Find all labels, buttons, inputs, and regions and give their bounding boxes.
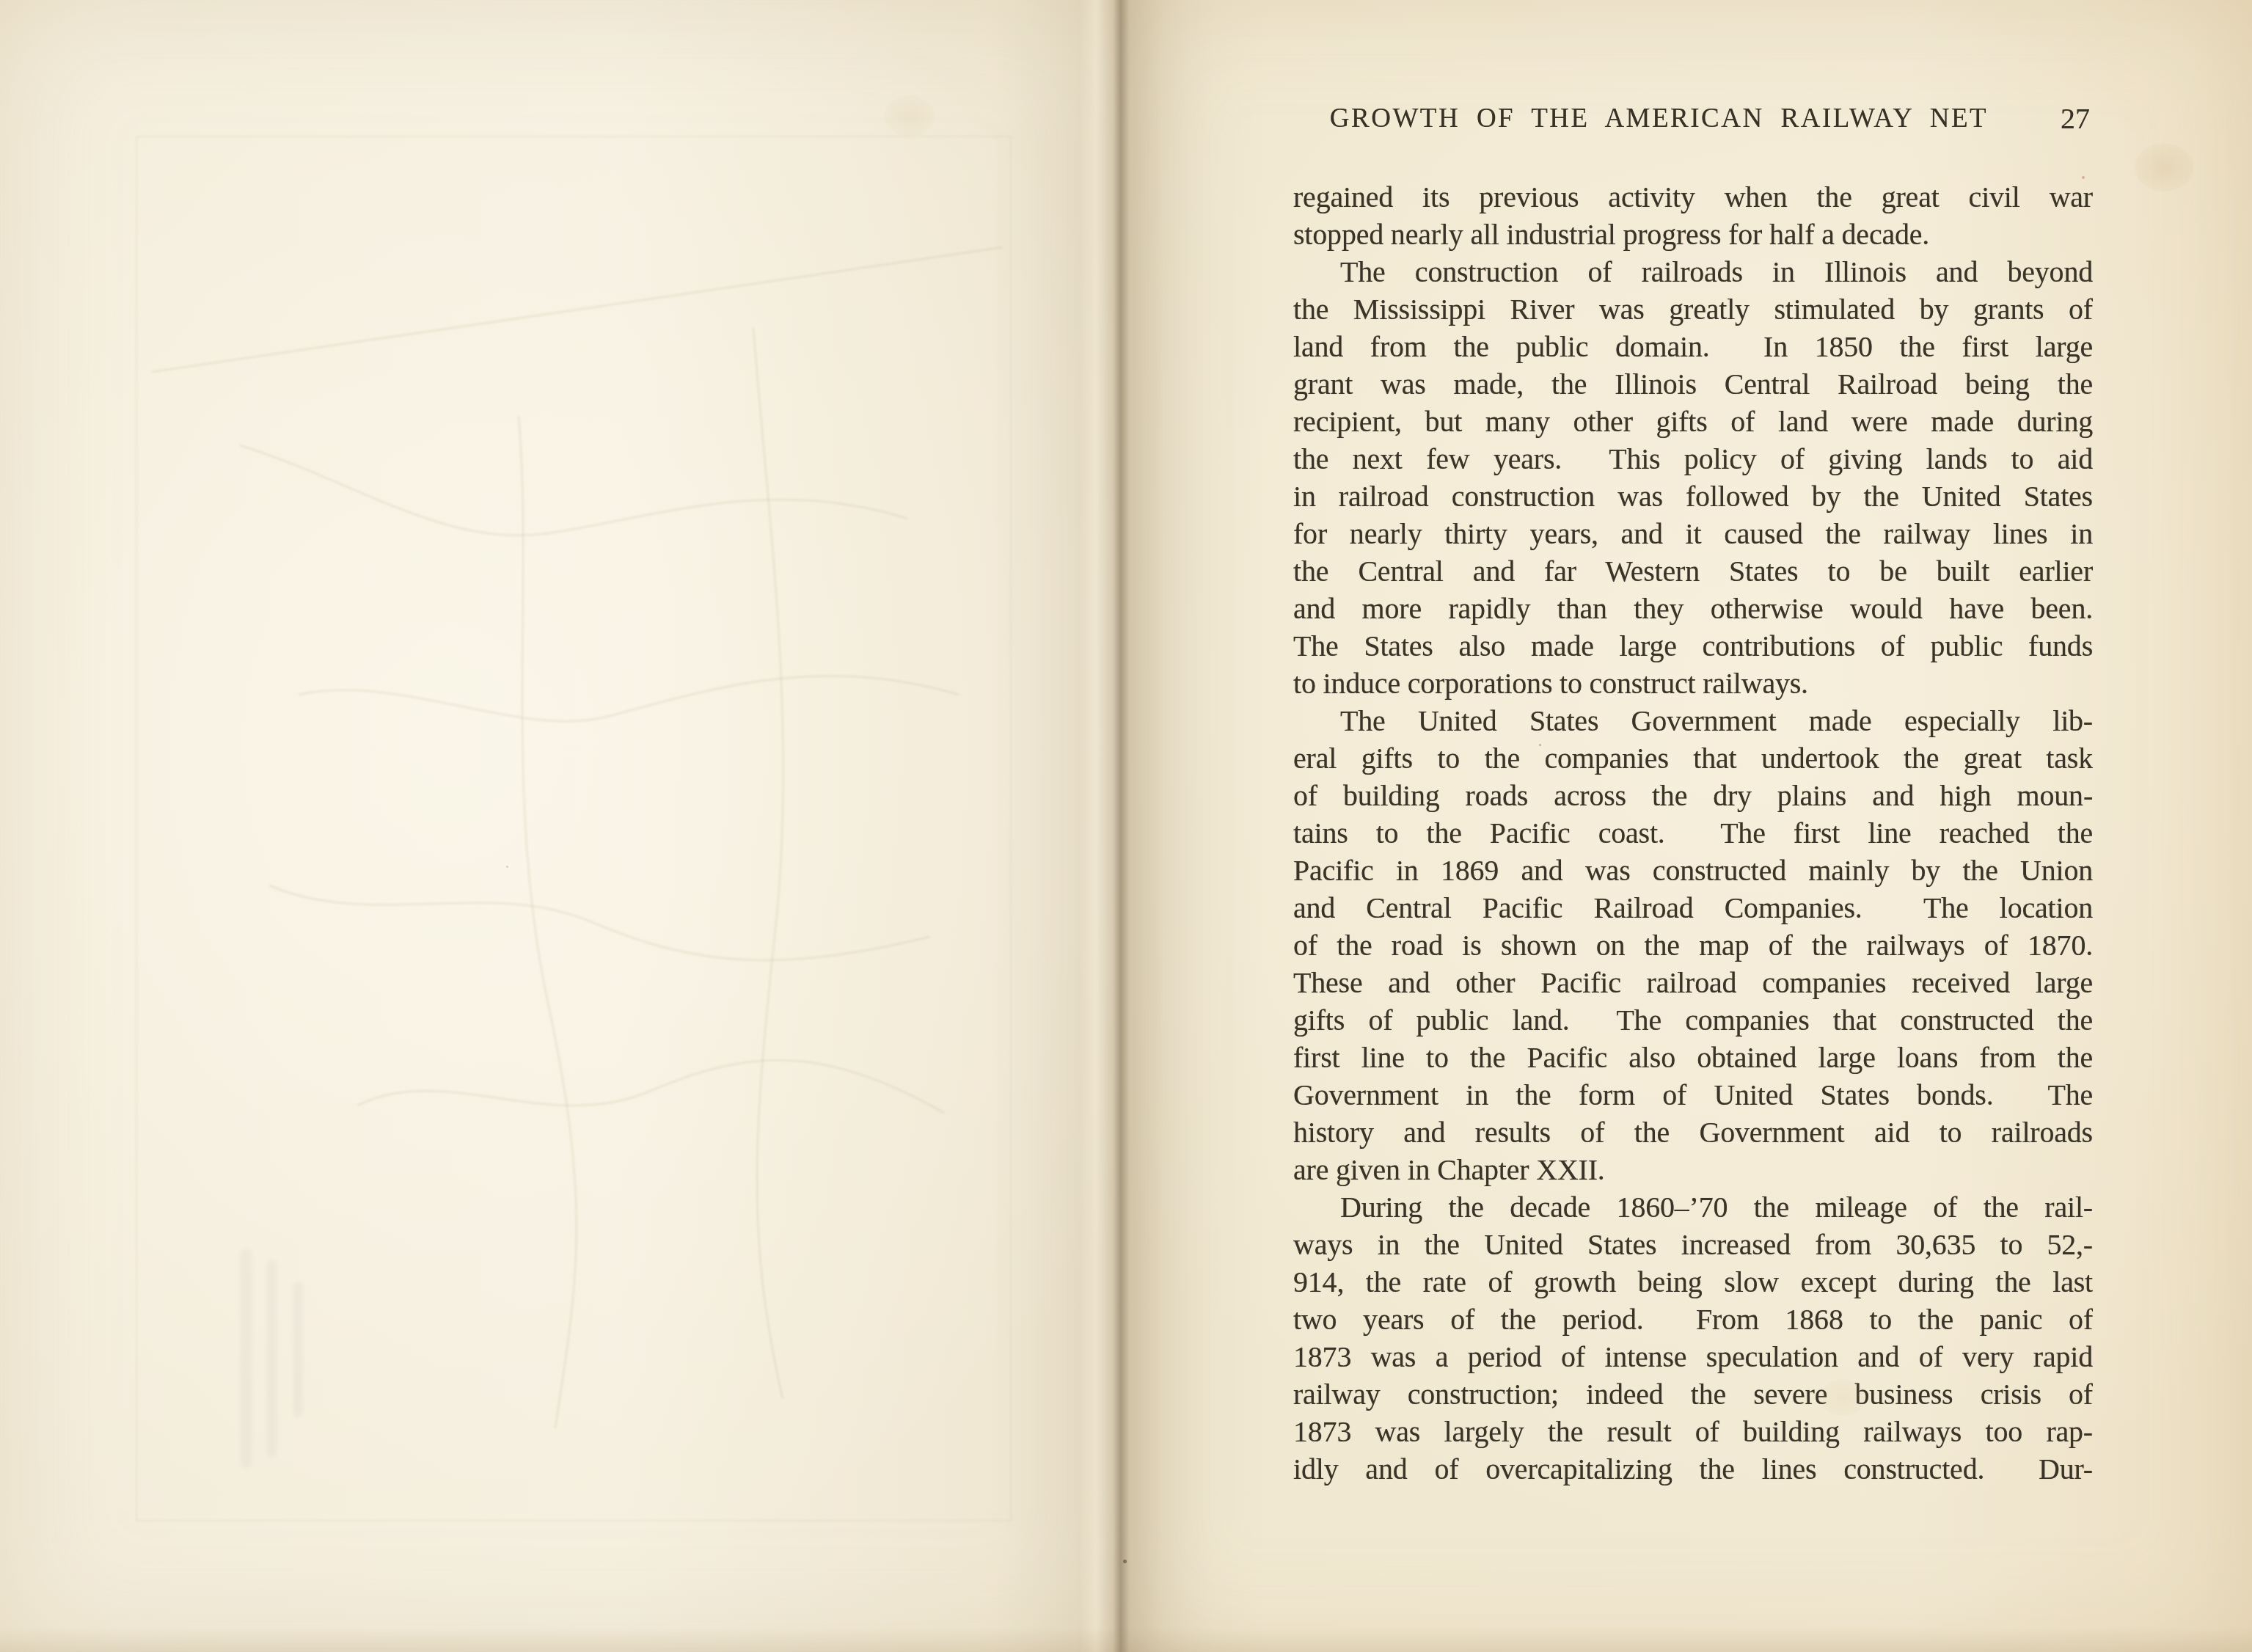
text-line: 914, the rate of growth being slow excep… xyxy=(1293,1263,2093,1301)
text-line: for nearly thirty years, and it caused t… xyxy=(1293,515,2093,552)
text-line: of building roads across the dry plains … xyxy=(1293,777,2093,814)
text-line: Government in the form of United States … xyxy=(1293,1076,2093,1114)
body-text: regained its previous activity when the … xyxy=(1293,178,2093,1488)
text-line: During the decade 1860–’70 the mileage o… xyxy=(1293,1188,2093,1226)
showthrough-map xyxy=(136,136,1012,1521)
text-line: the Mississippi River was greatly stimul… xyxy=(1293,290,2093,328)
showthrough-text-smudge xyxy=(240,1249,252,1469)
text-line: to induce corporations to construct rail… xyxy=(1293,665,2093,702)
showthrough-text-smudge xyxy=(293,1282,303,1417)
text-line: stopped nearly all industrial progress f… xyxy=(1293,216,2093,253)
text-line: in railroad construction was followed by… xyxy=(1293,478,2093,515)
text-line: The States also made large contributions… xyxy=(1293,627,2093,665)
text-line: land from the public domain. In 1850 the… xyxy=(1293,328,2093,365)
text-line: and more rapidly than they otherwise wou… xyxy=(1293,590,2093,627)
text-line: 1873 was largely the result of building … xyxy=(1293,1413,2093,1450)
page-number: 27 xyxy=(2061,101,2090,136)
text-line: Pacific in 1869 and was constructed main… xyxy=(1293,852,2093,889)
running-head: GROWTH OF THE AMERICAN RAILWAY NET 27 xyxy=(1295,103,2093,139)
text-line: history and results of the Government ai… xyxy=(1293,1114,2093,1151)
running-title: GROWTH OF THE AMERICAN RAILWAY NET xyxy=(1295,103,2023,134)
text-line: the Central and far Western States to be… xyxy=(1293,552,2093,590)
text-line: recipient, but many other gifts of land … xyxy=(1293,403,2093,440)
paragraph: The United States Government made especi… xyxy=(1293,702,2093,1188)
showthrough-text-smudge xyxy=(266,1260,277,1458)
text-line: the next few years. This policy of givin… xyxy=(1293,440,2093,478)
text-line: are given in Chapter XXII. xyxy=(1293,1151,2093,1188)
text-line: of the road is shown on the map of the r… xyxy=(1293,926,2093,964)
text-line: These and other Pacific railroad compani… xyxy=(1293,964,2093,1001)
text-line: The construction of railroads in Illinoi… xyxy=(1293,253,2093,290)
paragraph: During the decade 1860–’70 the mileage o… xyxy=(1293,1188,2093,1488)
text-line: and Central Pacific Railroad Companies. … xyxy=(1293,889,2093,926)
text-line: gifts of public land. The companies that… xyxy=(1293,1001,2093,1039)
text-line: railway construction; indeed the severe … xyxy=(1293,1375,2093,1413)
text-line: tains to the Pacific coast. The first li… xyxy=(1293,814,2093,852)
text-line: ways in the United States increased from… xyxy=(1293,1226,2093,1263)
book-spread: GROWTH OF THE AMERICAN RAILWAY NET 27 re… xyxy=(0,0,2252,1652)
text-line: 1873 was a period of intense speculation… xyxy=(1293,1338,2093,1375)
text-line: regained its previous activity when the … xyxy=(1293,178,2093,216)
text-line: idly and of overcapitalizing the lines c… xyxy=(1293,1450,2093,1488)
text-line: grant was made, the Illinois Central Rai… xyxy=(1293,365,2093,403)
paragraph: regained its previous activity when the … xyxy=(1293,178,2093,253)
text-line: eral gifts to the companies that underto… xyxy=(1293,739,2093,777)
left-blank-page xyxy=(0,0,1120,1652)
paragraph: The construction of railroads in Illinoi… xyxy=(1293,253,2093,702)
text-line: two years of the period. From 1868 to th… xyxy=(1293,1301,2093,1338)
text-line: The United States Government made especi… xyxy=(1293,702,2093,739)
text-line: first line to the Pacific also obtained … xyxy=(1293,1039,2093,1076)
